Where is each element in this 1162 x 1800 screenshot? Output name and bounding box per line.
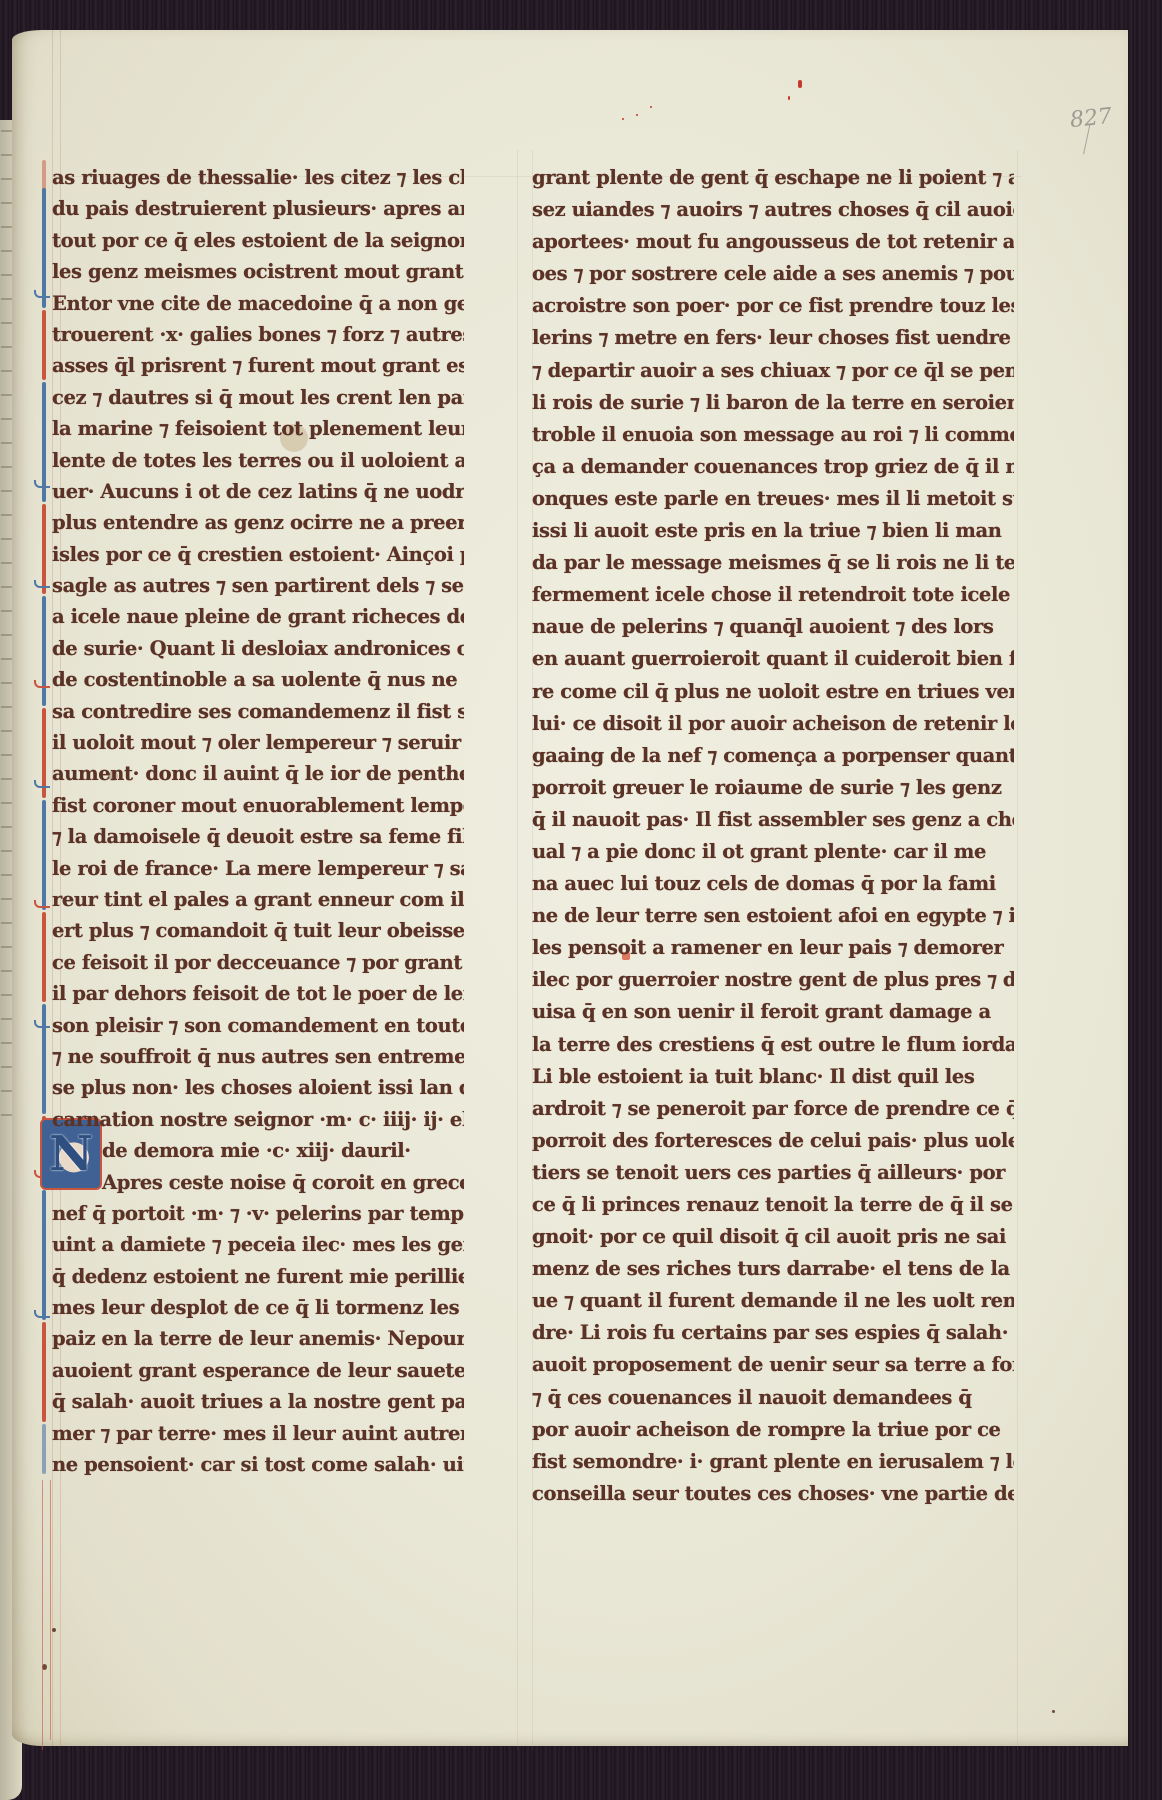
text-line: ⁊ ne souffroit q̄ nus autres sen entreme… [52, 1041, 464, 1072]
text-line: la terre des crestiens q̄ est outre le f… [532, 1029, 1014, 1061]
text-line: sagle as autres ⁊ sen partirent dels ⁊ s… [52, 570, 464, 601]
text-line: fist semondre· i· grant plente en ierusa… [532, 1446, 1014, 1478]
text-line: Li ble estoient ia tuit blanc· Il dist q… [532, 1061, 1014, 1093]
text-line: ue ⁊ quant il furent demande il ne les u… [532, 1285, 1014, 1317]
text-line: ⁊ q̄ ces couenances il nauoit demandees … [532, 1382, 1014, 1414]
text-line: cez ⁊ dautres si q̄ mout les crent len p… [52, 382, 464, 413]
text-line: re come cil q̄ plus ne uoloit estre en t… [532, 676, 1014, 708]
text-line: mes leur desplot de ce q̄ li tormenz les… [52, 1292, 464, 1323]
text-line: carnation nostre seignor ·m· c· iiij· ij… [52, 1104, 464, 1135]
text-line: ⁊ la damoisele q̄ deuoit estre sa feme f… [52, 821, 464, 852]
text-line: ⁊ departir auoir a ses chiuax ⁊ por ce q… [532, 355, 1014, 387]
text-line: les genz meismes ocistrent mout grant oc… [52, 256, 464, 287]
text-line: le roi de france· La mere lempereur ⁊ sa… [52, 853, 464, 884]
text-line: lerins ⁊ metre en fers· leur choses fist… [532, 322, 1014, 354]
text-line: fermement icele chose il retendroit tote… [532, 579, 1014, 611]
marginal-penwork [38, 160, 50, 1480]
text-line: ilec por guerroier nostre gent de plus p… [532, 964, 1014, 996]
text-line: Apres ceste noise q̄ coroit en grece q̄ … [52, 1167, 464, 1198]
column-ruling [517, 150, 518, 1750]
text-line: la marine ⁊ feisoient tot plenement leur… [52, 413, 464, 444]
red-ink-mark [636, 114, 638, 116]
text-line: oes ⁊ por sostrere cele aide a ses anemi… [532, 258, 1014, 290]
text-line: acroistre son poer· por ce fist prendre … [532, 290, 1014, 322]
text-line: ardroit ⁊ se peneroit par force de prend… [532, 1093, 1014, 1125]
text-line: son pleisir ⁊ son comandement en toutes … [52, 1010, 464, 1041]
text-line: uint a damiete ⁊ peceia ilec· mes les ge… [52, 1229, 464, 1260]
text-line: da par le message meismes q̄ se li rois … [532, 547, 1014, 579]
text-line: menz de ses riches turs darrabe· el tens… [532, 1253, 1014, 1285]
text-line: tout por ce q̄ eles estoient de la seign… [52, 225, 464, 256]
text-line: uer· Aucuns i ot de cez latins q̄ ne uod… [52, 476, 464, 507]
text-line: gnoit· por ce quil disoit q̄ cil auoit p… [532, 1221, 1014, 1253]
red-ink-mark [798, 80, 802, 88]
text-line: plus entendre as genz ocirre ne a preer·… [52, 507, 464, 538]
text-line: du pais destruierent plusieurs· apres ar… [52, 193, 464, 224]
text-line: auoient grant esperance de leur sauete d… [52, 1355, 464, 1386]
text-line: en auant guerroieroit quant il cuideroit… [532, 643, 1014, 675]
text-line: q̄ dedenz estoient ne furent mie perilli… [52, 1261, 464, 1292]
red-ink-mark [650, 106, 652, 108]
text-line: nef q̄ portoit ·m· ⁊ ·v· pelerins par te… [52, 1198, 464, 1229]
marginal-ruling-red [38, 1480, 50, 1750]
text-line: trouerent ·x· galies bones ⁊ forz ⁊ autr… [52, 319, 464, 350]
ink-speck [1052, 1710, 1055, 1713]
column-ruling [1017, 150, 1018, 1750]
folio-number: 827 [1069, 104, 1113, 133]
text-line: grant plente de gent q̄ eschape ne li po… [532, 162, 1014, 194]
text-line: q̄ salah· auoit triues a la nostre gent … [52, 1386, 464, 1417]
text-line: na auec lui touz cels de domas q̄ por la… [532, 868, 1014, 900]
text-line: por auoir acheison de rompre la triue po… [532, 1414, 1014, 1446]
text-line: ert plus ⁊ comandoit q̄ tuit leur obeiss… [52, 915, 464, 946]
text-column-right: grant plente de gent q̄ eschape ne li po… [532, 162, 1014, 1510]
text-line: conseilla seur toutes ces choses· vne pa… [532, 1478, 1014, 1510]
text-line: isles por ce q̄ crestien estoient· Ainço… [52, 539, 464, 570]
text-line: ça a demander couenances trop griez de q… [532, 451, 1014, 483]
text-line: aportees· mout fu angousseus de tot rete… [532, 226, 1014, 258]
text-line: porroit greuer le roiaume de surie ⁊ les… [532, 772, 1014, 804]
text-line: de costentinoble a sa uolente q̄ nus ne … [52, 664, 464, 695]
text-line: naue de pelerins ⁊ quanq̄l auoient ⁊ des… [532, 611, 1014, 643]
text-line: li rois de surie ⁊ li baron de la terre … [532, 387, 1014, 419]
text-line: Entor vne cite de macedoine q̄ a non ger… [52, 288, 464, 319]
text-line: reur tint el pales a grant enneur com il… [52, 884, 464, 915]
text-line: paiz en la terre de leur anemis· Nepourt… [52, 1323, 464, 1354]
text-line: ual ⁊ a pie donc il ot grant plente· car… [532, 836, 1014, 868]
text-line: tiers se tenoit uers ces parties q̄ aill… [532, 1157, 1014, 1189]
text-line: onques este parle en treues· mes il li m… [532, 483, 1014, 515]
text-line: troble il enuoia son message au roi ⁊ li… [532, 419, 1014, 451]
text-line: de demora mie ·c· xiij· dauril· [52, 1135, 464, 1166]
text-line: aument· donc il auint q̄ le ior de penth… [52, 758, 464, 789]
text-line: a icele naue pleine de grant richeces de… [52, 601, 464, 632]
text-line: lui· ce disoit il por auoir acheison de … [532, 708, 1014, 740]
text-line: porroit des forteresces de celui pais· p… [532, 1125, 1014, 1157]
text-line: les pensoit a ramener en leur pais ⁊ dem… [532, 932, 1014, 964]
text-line: ce feisoit il por decceuance ⁊ por grant… [52, 947, 464, 978]
text-line: asses q̄l prisrent ⁊ furent mout grant e… [52, 350, 464, 381]
text-line: gaaing de la nef ⁊ comença a porpenser q… [532, 740, 1014, 772]
text-line: il uoloit mout ⁊ oler lempereur ⁊ seruir… [52, 727, 464, 758]
text-line: ne de leur terre sen estoient afoi en eg… [532, 900, 1014, 932]
text-line: se plus non· les choses aloient issi lan… [52, 1072, 464, 1103]
text-line: de surie· Quant li desloiax andronices o… [52, 633, 464, 664]
text-line: ce q̄ li princes renauz tenoit la terre … [532, 1189, 1014, 1221]
text-line: issi li auoit este pris en la triue ⁊ bi… [532, 515, 1014, 547]
red-ink-mark [622, 118, 624, 120]
text-line: uisa q̄ en son uenir il feroit grant dam… [532, 996, 1014, 1028]
ink-speck [52, 1628, 56, 1632]
text-line: mer ⁊ par terre· mes il leur auint autre… [52, 1418, 464, 1449]
text-line: ne pensoient· car si tost come salah· ui… [52, 1449, 464, 1480]
text-column-left: as riuages de thessalie· les citez ⁊ les… [52, 162, 464, 1480]
red-ink-mark [788, 96, 790, 100]
text-line: q̄ il nauoit pas· Il fist assembler ses … [532, 804, 1014, 836]
text-line: auoit proposement de uenir seur sa terre… [532, 1349, 1014, 1381]
text-line: sez uiandes ⁊ auoirs ⁊ autres choses q̄ … [532, 194, 1014, 226]
text-line: il par dehors feisoit de tot le poer de … [52, 978, 464, 1009]
text-line: fist coroner mout enuorablement lempereu… [52, 790, 464, 821]
text-line: sa contredire ses comandemenz il fist se… [52, 696, 464, 727]
text-line: dre· Li rois fu certains par ses espies … [532, 1317, 1014, 1349]
text-line: as riuages de thessalie· les citez ⁊ les… [52, 162, 464, 193]
text-line: lente de totes les terres ou il uoloient… [52, 445, 464, 476]
